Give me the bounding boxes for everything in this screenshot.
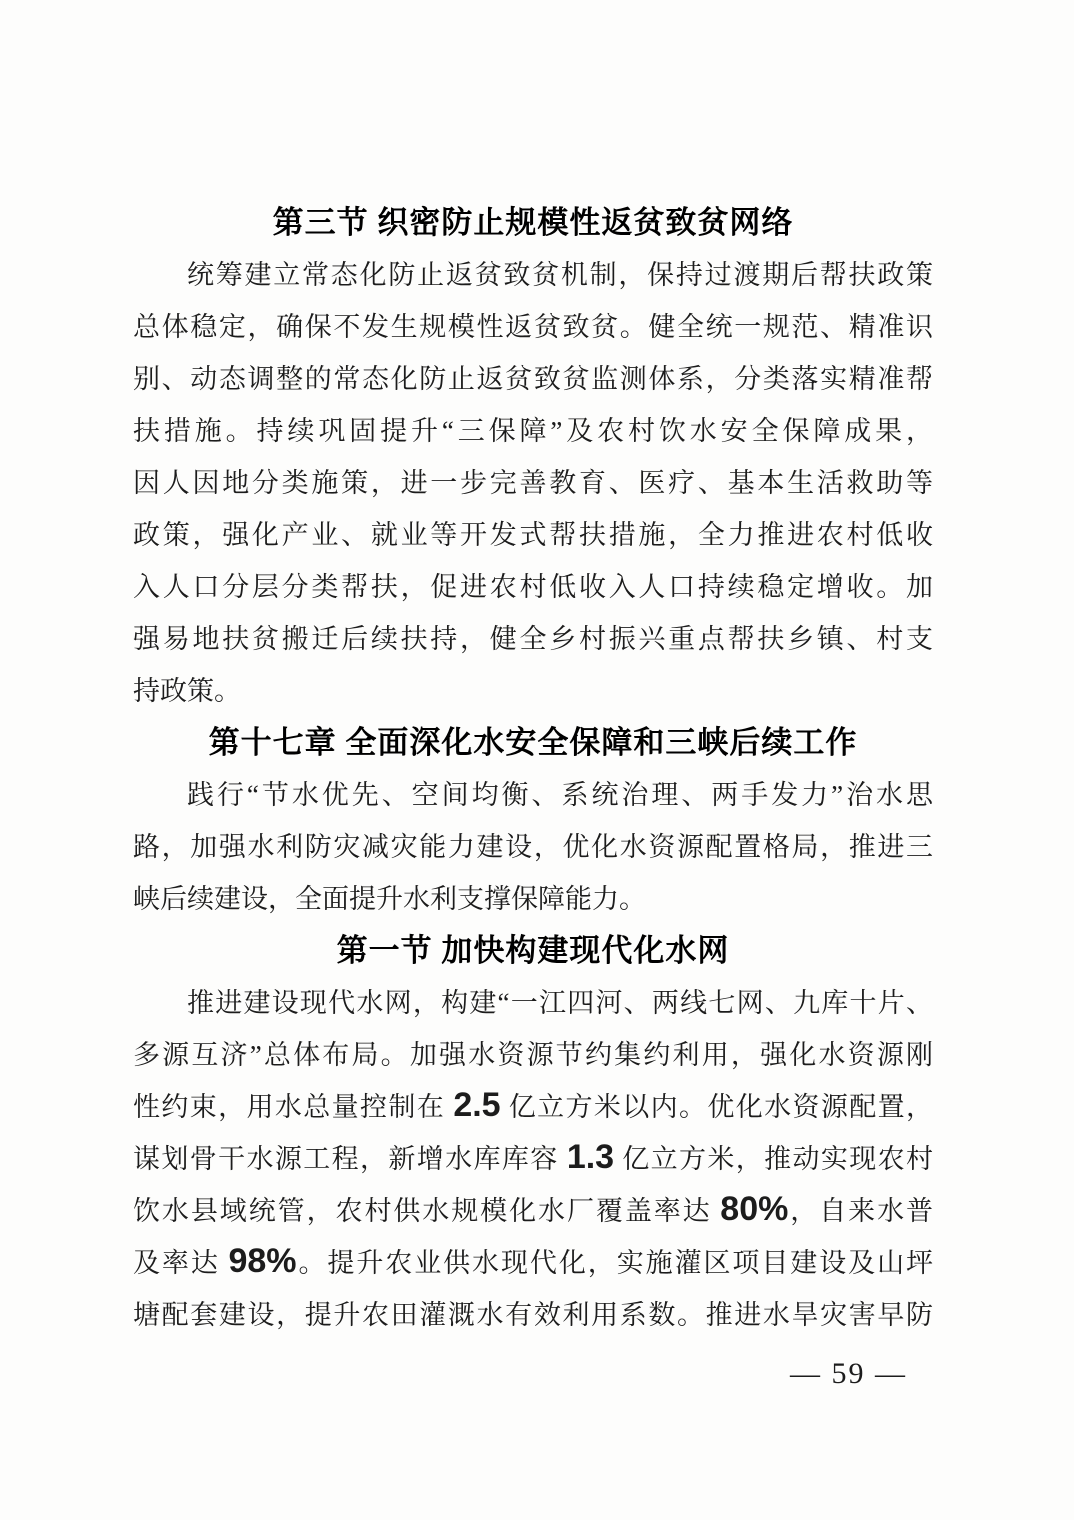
text-segment: 性约束，用水总量控制在 bbox=[133, 1092, 453, 1122]
text-segment: 塘配套建设，提升农田灌溉水有效利用系数。推进水旱灾害早防 bbox=[133, 1300, 933, 1330]
text-line: 别、动态调整的常态化防止返贫致贫监测体系，分类落实精准帮 bbox=[133, 353, 933, 405]
text-line: 塘配套建设，提升农田灌溉水有效利用系数。推进水旱灾害早防 bbox=[133, 1289, 933, 1341]
text-segment: 及率达 bbox=[133, 1248, 228, 1278]
section-3-heading: 第三节 织密防止规模性返贫致贫网络 bbox=[133, 197, 933, 249]
text-line: 谋划骨干水源工程，新增水库库容 1.3 亿立方米，推动实现农村 bbox=[133, 1133, 933, 1185]
text-segment: 。提升农业供水现代化，实施灌区项目建设及山坪 bbox=[297, 1248, 933, 1278]
text-segment: 饮水县域统管，农村供水规模化水厂覆盖率达 bbox=[133, 1196, 720, 1226]
bold-number: 1.3 bbox=[567, 1138, 614, 1176]
text-block: 第三节 织密防止规模性返贫致贫网络 统筹建立常态化防止返贫致贫机制，保持过渡期后… bbox=[133, 197, 933, 1341]
text-segment: 多源互济”总体布局。加强水资源节约集约利用，强化水资源刚 bbox=[133, 1040, 933, 1070]
chapter-17-heading: 第十七章 全面深化水安全保障和三峡后续工作 bbox=[133, 717, 933, 769]
bold-number: 2.5 bbox=[453, 1086, 500, 1124]
text-line: 饮水县域统管，农村供水规模化水厂覆盖率达 80%，自来水普 bbox=[133, 1185, 933, 1237]
text-line: 践行“节水优先、空间均衡、系统治理、两手发力”治水思 bbox=[133, 769, 933, 821]
text-line: 统筹建立常态化防止返贫致贫机制，保持过渡期后帮扶政策 bbox=[133, 249, 933, 301]
text-line: 路，加强水利防灾减灾能力建设，优化水资源配置格局，推进三 bbox=[133, 821, 933, 873]
text-line: 入人口分层分类帮扶，促进农村低收入人口持续稳定增收。加 bbox=[133, 561, 933, 613]
text-line: 强易地扶贫搬迁后续扶持，健全乡村振兴重点帮扶乡镇、村支 bbox=[133, 613, 933, 665]
text-segment: ，自来水普 bbox=[788, 1196, 933, 1226]
text-line: 持政策。 bbox=[133, 665, 933, 717]
text-line: 因人因地分类施策，进一步完善教育、医疗、基本生活救助等 bbox=[133, 457, 933, 509]
text-line: 多源互济”总体布局。加强水资源节约集约利用，强化水资源刚 bbox=[133, 1029, 933, 1081]
page-number: — 59 — bbox=[790, 1352, 907, 1396]
section-1-heading: 第一节 加快构建现代化水网 bbox=[133, 925, 933, 977]
text-segment: 亿立方米，推动实现农村 bbox=[614, 1144, 933, 1174]
text-line: 峡后续建设，全面提升水利支撑保障能力。 bbox=[133, 873, 933, 925]
text-segment: 亿立方米以内。优化水资源配置， bbox=[501, 1092, 933, 1122]
text-line: 推进建设现代水网，构建“一江四河、两线七网、九库十片、 bbox=[133, 977, 933, 1029]
text-line: 及率达 98%。提升农业供水现代化，实施灌区项目建设及山坪 bbox=[133, 1237, 933, 1289]
text-segment: 谋划骨干水源工程，新增水库库容 bbox=[133, 1144, 567, 1174]
bold-number: 80% bbox=[720, 1190, 788, 1228]
bold-number: 98% bbox=[228, 1242, 296, 1280]
text-line: 性约束，用水总量控制在 2.5 亿立方米以内。优化水资源配置， bbox=[133, 1081, 933, 1133]
text-line: 总体稳定，确保不发生规模性返贫致贫。健全统一规范、精准识 bbox=[133, 301, 933, 353]
text-line: 扶措施。持续巩固提升“三保障”及农村饮水安全保障成果， bbox=[133, 405, 933, 457]
text-segment: 推进建设现代水网，构建“一江四河、两线七网、九库十片、 bbox=[187, 988, 933, 1018]
text-line: 政策，强化产业、就业等开发式帮扶措施，全力推进农村低收 bbox=[133, 509, 933, 561]
document-page: 第三节 织密防止规模性返贫致贫网络 统筹建立常态化防止返贫致贫机制，保持过渡期后… bbox=[0, 0, 1074, 1520]
